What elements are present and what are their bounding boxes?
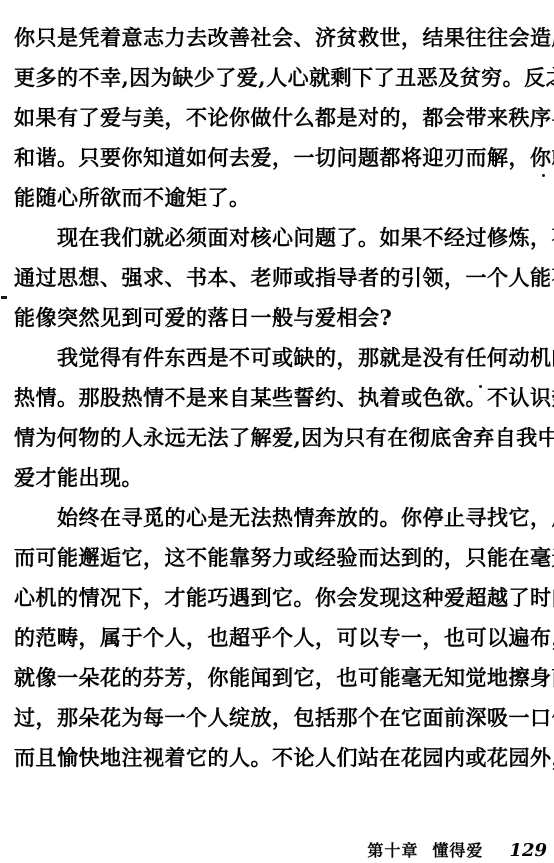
text-line: 的范畴，属于个人，也超乎个人，可以专一，也可以遍布， [14, 618, 551, 658]
text-line: 通过思想、强求、书本、老师或指导者的引领，一个人能不 [14, 258, 551, 298]
scan-artifact-dot [542, 174, 545, 177]
text-line: 能随心所欲而不逾矩了。 [14, 178, 551, 218]
book-page: 你只是凭着意志力去改善社会、济贫救世，结果往往会造成更多的不幸,因为缺少了爱,人… [0, 0, 554, 863]
footer-page-number: 129 [509, 840, 547, 861]
text-line: 过，那朵花为每一个人绽放，包括那个在它面前深吸一口气 [14, 698, 551, 738]
text-line: 热情。那股热情不是来自某些誓约、执着或色欲。不认识热 [14, 378, 551, 418]
footer-chapter-label: 第十章 [367, 838, 418, 861]
scan-artifact-dash [1, 296, 7, 299]
paragraph: 现在我们就必须面对核心问题了。如果不经过修炼，不通过思想、强求、书本、老师或指导… [14, 218, 551, 338]
text-line: 现在我们就必须面对核心问题了。如果不经过修炼，不 [14, 218, 551, 258]
text-line: 心机的情况下，才能巧遇到它。你会发现这种爱超越了时间 [14, 578, 551, 618]
text-line: 我觉得有件东西是不可或缺的，那就是没有任何动机的 [14, 338, 551, 378]
body-text: 你只是凭着意志力去改善社会、济贫救世，结果往往会造成更多的不幸,因为缺少了爱,人… [14, 18, 551, 778]
paragraph: 你只是凭着意志力去改善社会、济贫救世，结果往往会造成更多的不幸,因为缺少了爱,人… [14, 18, 551, 218]
text-line: 更多的不幸,因为缺少了爱,人心就剩下了丑恶及贫穷。反之， [14, 58, 551, 98]
paragraph: 我觉得有件东西是不可或缺的，那就是没有任何动机的热情。那股热情不是来自某些誓约、… [14, 338, 551, 498]
paragraph: 始终在寻觅的心是无法热情奔放的。你停止寻找它，反而可能邂逅它，这不能靠努力或经验… [14, 498, 551, 778]
text-line: 而且愉快地注视着它的人。不论人们站在花园内或花园外， [14, 738, 551, 778]
scan-artifact-dot [479, 385, 482, 388]
footer-chapter-title: 懂得爱 [432, 838, 483, 861]
text-line: 能像突然见到可爱的落日一般与爱相会? [14, 298, 551, 338]
text-line: 爱才能出现。 [14, 458, 551, 498]
text-line: 你只是凭着意志力去改善社会、济贫救世，结果往往会造成 [14, 18, 551, 58]
page-footer: 第十章 懂得爱 129 [367, 838, 547, 860]
text-line: 如果有了爱与美，不论你做什么都是对的，都会带来秩序与 [14, 98, 551, 138]
text-line: 和谐。只要你知道如何去爱，一切问题都将迎刃而解，你就 [14, 138, 551, 178]
text-line: 始终在寻觅的心是无法热情奔放的。你停止寻找它，反 [14, 498, 551, 538]
text-line: 而可能邂逅它，这不能靠努力或经验而达到的，只能在毫无 [14, 538, 551, 578]
text-line: 就像一朵花的芬芳，你能闻到它，也可能毫无知觉地擦身而 [14, 658, 551, 698]
text-line: 情为何物的人永远无法了解爱,因为只有在彻底舍弃自我中， [14, 418, 551, 458]
